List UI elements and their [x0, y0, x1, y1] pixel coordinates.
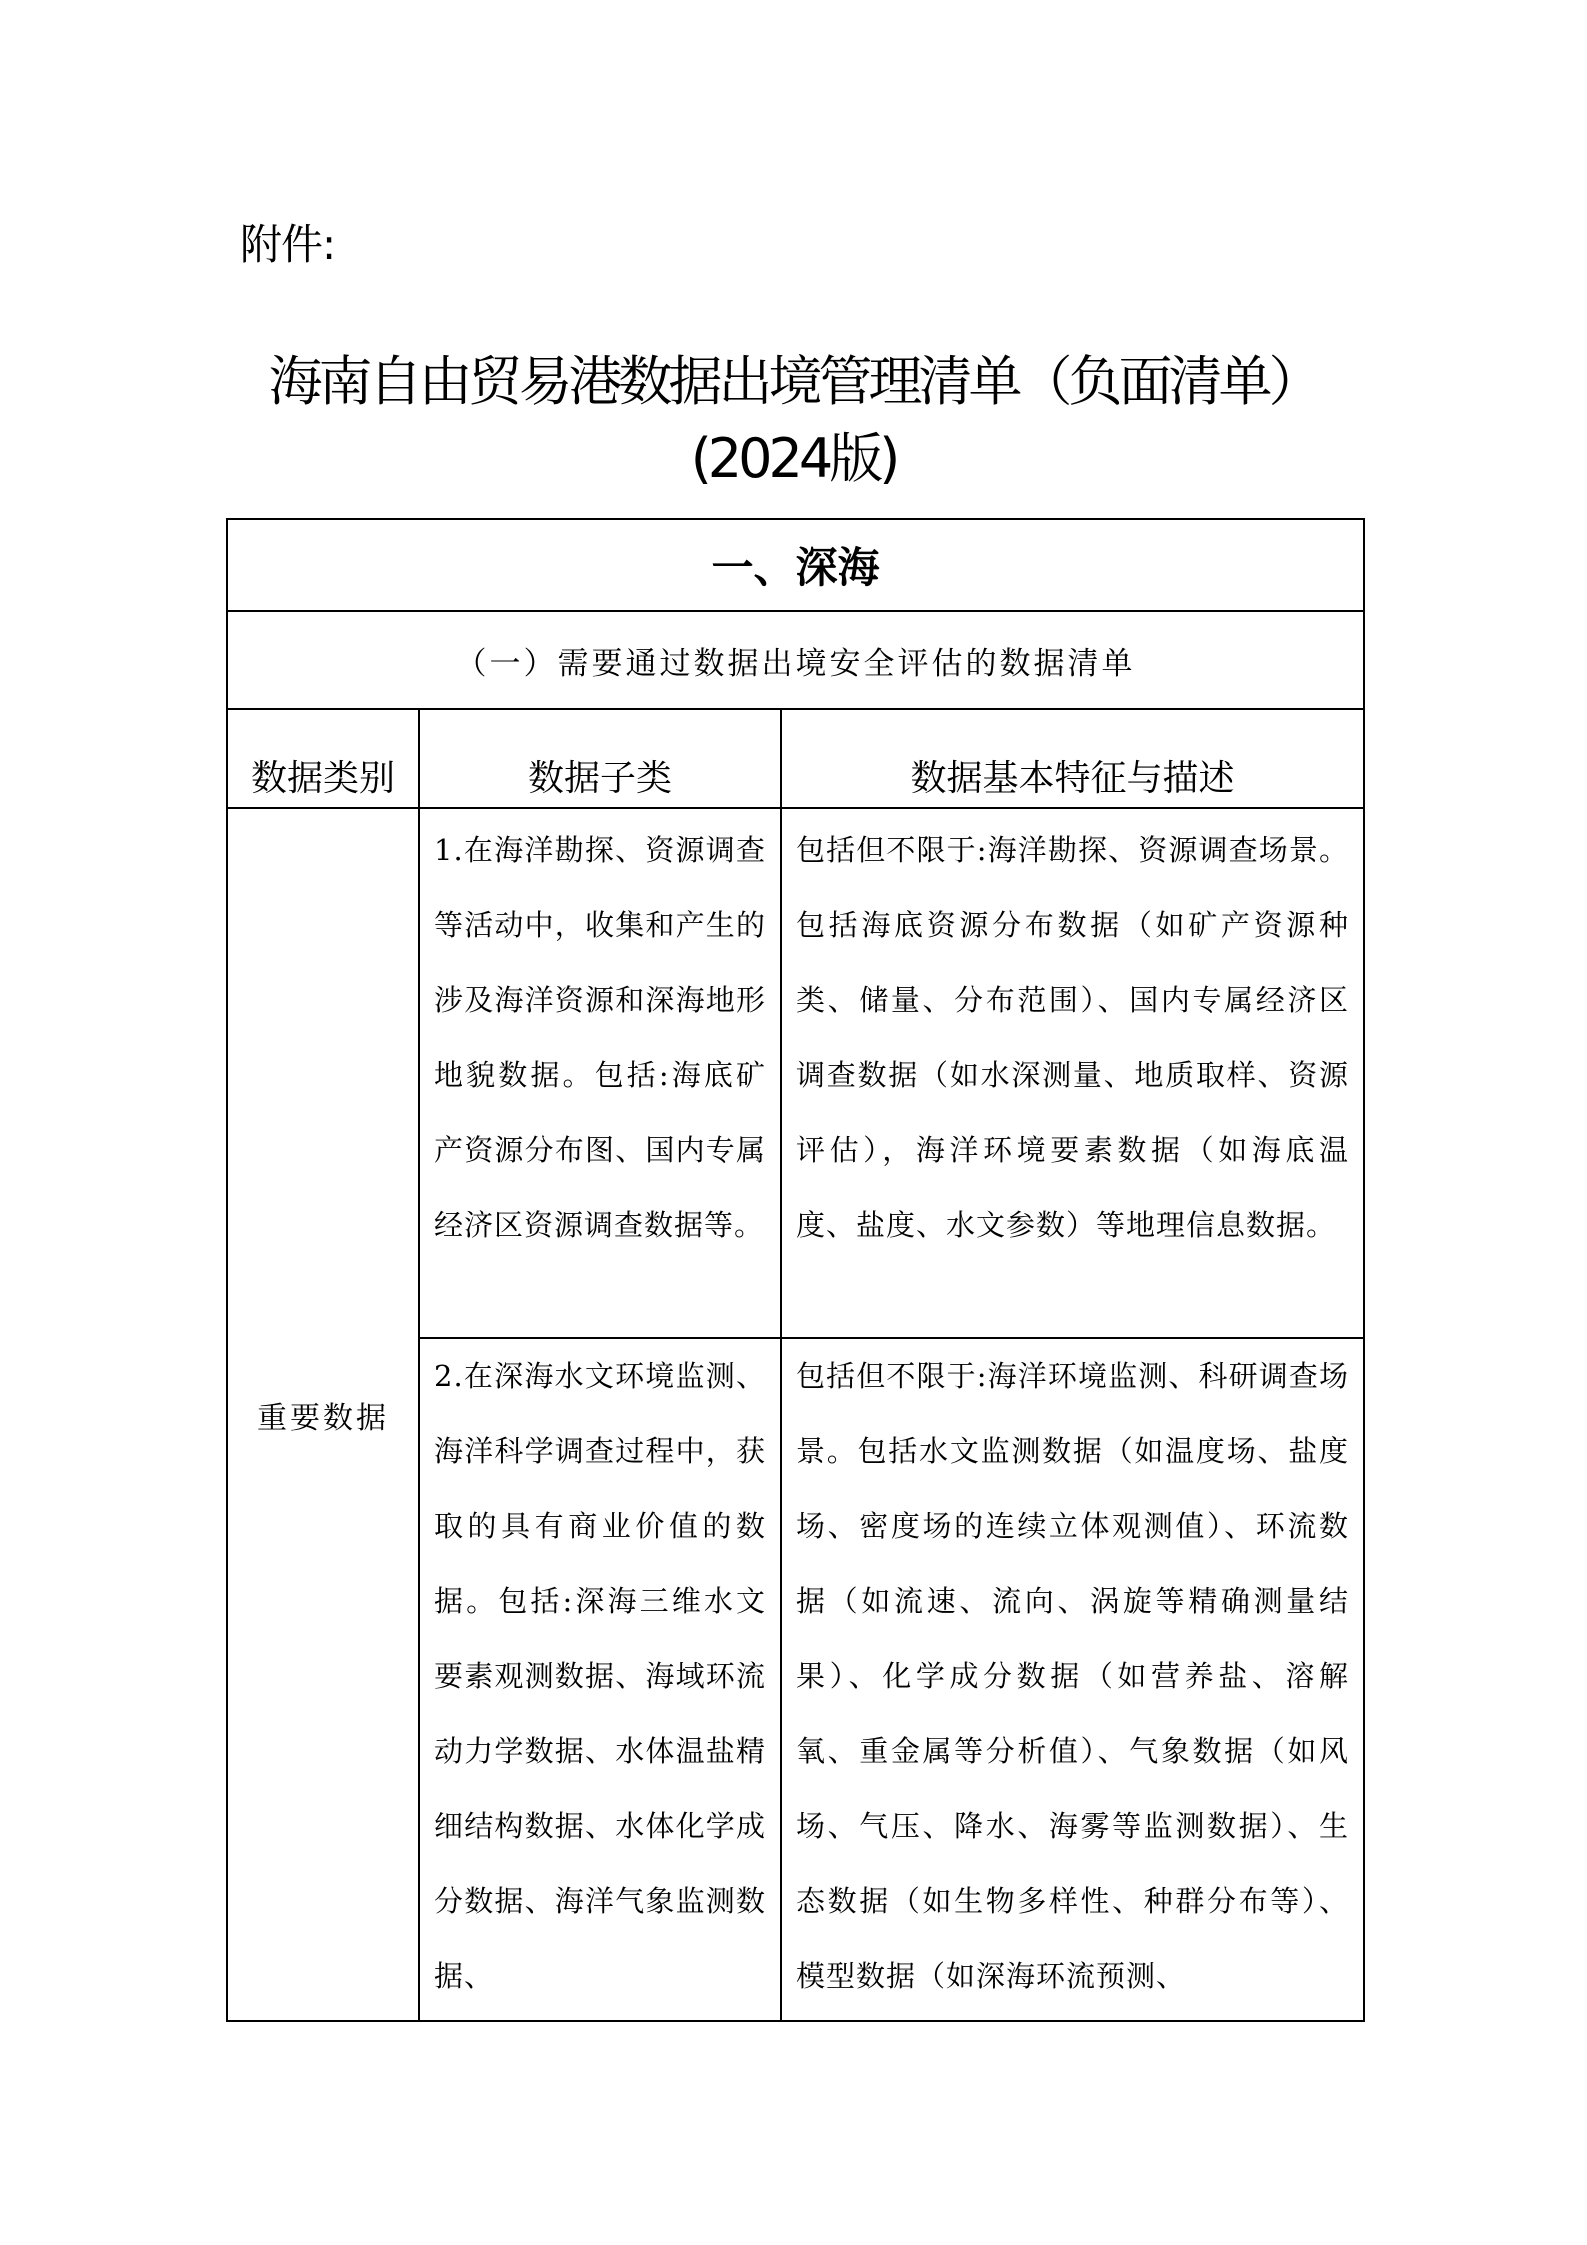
- negative-list-table: 一、深海 （一）需要通过数据出境安全评估的数据清单 数据类别 数据子类 数据基本…: [226, 518, 1365, 2022]
- subcategory-cell: 2.在深海水文环境监测、海洋科学调查过程中，获取的具有商业价值的数据。包括:深海…: [419, 1338, 781, 2021]
- subcategory-text: 2.在深海水文环境监测、海洋科学调查过程中，获取的具有商业价值的数据。包括:深海…: [434, 1339, 766, 2020]
- header-data-category: 数据类别: [227, 709, 419, 808]
- table-row: 重要数据 1.在海洋勘探、资源调查等活动中，收集和产生的涉及海洋资源和深海地形地…: [227, 808, 1364, 1338]
- description-cell: 包括但不限于:海洋环境监测、科研调查场景。包括水文监测数据（如温度场、盐度场、密…: [781, 1338, 1364, 2021]
- header-data-description: 数据基本特征与描述: [781, 709, 1364, 808]
- description-cell: 包括但不限于:海洋勘探、资源调查场景。包括海底资源分布数据（如矿产资源种类、储量…: [781, 808, 1364, 1338]
- section-title: 一、深海: [227, 519, 1364, 611]
- attachment-label: 附件:: [240, 212, 335, 272]
- document-title-line2: (2024版): [0, 432, 1587, 486]
- subcategory-cell: 1.在海洋勘探、资源调查等活动中，收集和产生的涉及海洋资源和深海地形地貌数据。包…: [419, 808, 781, 1338]
- document-title-line1: 海南自由贸易港数据出境管理清单（负面清单）: [0, 355, 1587, 409]
- category-cell: 重要数据: [227, 808, 419, 2021]
- subsection-title: （一）需要通过数据出境安全评估的数据清单: [227, 611, 1364, 709]
- description-text: 包括但不限于:海洋环境监测、科研调查场景。包括水文监测数据（如温度场、盐度场、密…: [796, 1339, 1349, 2020]
- header-data-subcategory: 数据子类: [419, 709, 781, 808]
